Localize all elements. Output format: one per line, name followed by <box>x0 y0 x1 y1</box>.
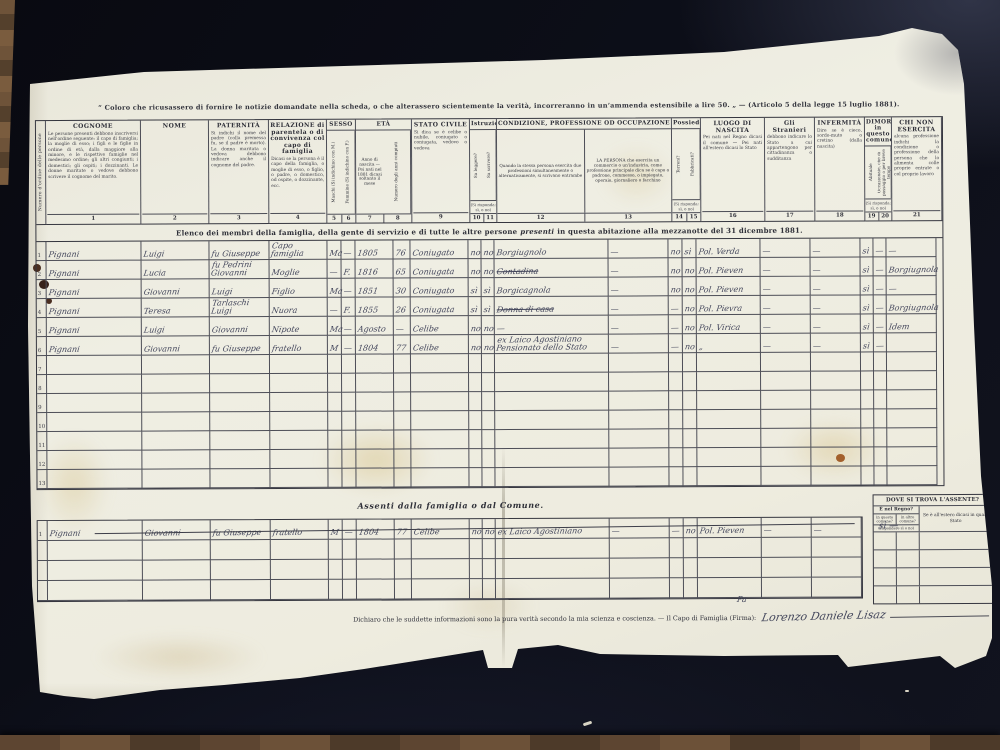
handwritten-entry: sì <box>481 306 491 314</box>
table-cell <box>143 560 211 580</box>
table-cell <box>482 468 495 487</box>
handwritten-entry: — <box>810 343 821 351</box>
table-cell <box>887 466 937 485</box>
table-cell: no <box>469 335 482 354</box>
table-cell <box>38 541 48 561</box>
wood-table-edge-bottom <box>0 735 1000 750</box>
table-cell: no <box>683 277 697 296</box>
table-cell <box>697 372 761 391</box>
handwritten-entry: Pignani <box>47 530 81 538</box>
table-cell <box>683 391 697 410</box>
table-cell: sì <box>861 314 874 333</box>
handwritten-entry: no <box>682 286 695 294</box>
handwritten-entry: — <box>760 286 771 294</box>
handwritten-entry: 77 <box>393 344 406 352</box>
table-cell: Giovanni <box>142 279 210 298</box>
handwritten-entry: no <box>682 267 695 275</box>
table-cell <box>761 391 811 410</box>
table-cell: Pol. Verda <box>696 239 760 258</box>
table-cell <box>683 448 697 467</box>
handwritten-entry: sì <box>481 287 491 295</box>
table-cell: no <box>469 316 482 335</box>
column-header: STATO CIVILESi dica se è celibe o nubile… <box>412 119 470 223</box>
table-cell: „ <box>697 334 761 353</box>
handwritten-entry: sì <box>860 323 870 331</box>
table-cell <box>861 352 874 371</box>
table-cell <box>412 539 470 559</box>
table-cell: 7 <box>37 356 47 375</box>
table-cell: — <box>495 316 609 335</box>
table-cell: — <box>762 518 812 538</box>
table-cell <box>328 431 342 450</box>
table-cell: Pol. Pieven <box>698 518 762 538</box>
handwritten-entry: no <box>482 528 495 536</box>
table-cell <box>811 352 861 371</box>
table-cell: 12 <box>37 451 47 470</box>
table-cell: sì <box>682 239 696 258</box>
table-cell <box>861 428 874 447</box>
table-cell <box>812 537 862 557</box>
table-cell: — <box>761 277 811 296</box>
handwritten-entry: 76 <box>393 249 406 257</box>
table-cell: Pignani <box>47 299 142 318</box>
dust-speck <box>905 690 909 692</box>
row-number: 6 <box>37 349 42 354</box>
table-cell <box>329 560 343 580</box>
handwritten-entry: — <box>810 324 821 332</box>
table-cell <box>469 449 482 468</box>
handwritten-entry: — <box>810 286 821 294</box>
table-cell: 1816 <box>356 260 394 279</box>
handwritten-entry: Coniugato <box>410 287 455 295</box>
table-cell: 11 <box>37 432 47 451</box>
table-cell <box>684 558 698 578</box>
table-cell <box>271 540 329 560</box>
table-cell <box>142 393 210 412</box>
table-cell <box>874 428 887 447</box>
table-cell: — <box>609 277 669 296</box>
table-cell <box>343 580 357 600</box>
row-number: 1 <box>36 254 41 259</box>
table-cell: no <box>669 258 683 277</box>
table-cell <box>609 467 669 486</box>
table-cell <box>874 409 887 428</box>
table-cell <box>412 579 470 599</box>
table-cell <box>762 538 812 558</box>
table-cell: — <box>328 260 342 279</box>
handwritten-entry: Pol. Virica <box>696 324 741 332</box>
table-cell: — <box>811 314 861 333</box>
table-cell <box>684 578 698 598</box>
table-cell: Pignani <box>48 521 143 541</box>
table-cell: no <box>684 518 698 538</box>
table-cell: 65 <box>394 259 411 278</box>
table-cell <box>483 579 496 599</box>
handwritten-entry: no <box>668 248 681 256</box>
handwritten-entry: no <box>481 344 494 352</box>
table-cell <box>328 469 342 488</box>
table-cell <box>609 391 669 410</box>
table-cell <box>342 412 356 431</box>
table-cell: Borgiugnolo <box>494 240 608 259</box>
row-number: 5 <box>37 330 42 335</box>
column-header: RELAZIONE di parentela o di convivenza c… <box>269 120 327 224</box>
table-cell <box>394 430 411 449</box>
table-cell: no <box>482 316 495 335</box>
table-cell <box>38 581 48 601</box>
table-cell <box>356 393 394 412</box>
handwritten-entry: no <box>682 343 695 351</box>
table-cell <box>610 538 670 558</box>
column-header: Numero d'ordine delle persone <box>36 121 46 225</box>
handwritten-entry: no <box>468 268 481 276</box>
table-cell <box>342 431 356 450</box>
table-cell <box>683 429 697 448</box>
table-cell <box>210 393 270 412</box>
handwritten-entry: — <box>668 343 679 351</box>
handwritten-entry: Capo famiglia <box>268 242 327 258</box>
table-cell <box>697 448 761 467</box>
column-header: PATERNITÀSi indichi il nome del padre (c… <box>209 120 269 224</box>
row-number: 11 <box>37 444 45 449</box>
table-cell: Pignani <box>47 280 142 299</box>
handwritten-entry: Celibe <box>410 325 439 333</box>
main-census-table: Numero d'ordine delle personeCOGNOMELe p… <box>35 116 945 490</box>
handwritten-entry: — <box>608 267 619 275</box>
table-cell: 13 <box>37 470 47 489</box>
handwritten-entry: fratello <box>269 345 302 353</box>
table-cell: — <box>873 238 886 257</box>
table-cell: Idem <box>887 314 937 333</box>
table-cell: — <box>761 296 811 315</box>
handwritten-entry: 1805 <box>355 249 378 257</box>
column-header: COGNOMELe persone presenti debbono inscr… <box>46 121 141 225</box>
table-cell: Ma <box>328 317 342 336</box>
table-cell <box>761 429 811 448</box>
handwritten-entry: — <box>886 285 897 293</box>
handwritten-entry: F. <box>341 307 351 315</box>
table-cell: sì <box>861 276 874 295</box>
table-cell: Teresa <box>142 298 210 317</box>
row-number: 3 <box>37 292 42 297</box>
table-cell: Pol. Pievra <box>697 296 761 315</box>
table-cell <box>356 355 394 374</box>
table-cell <box>328 374 342 393</box>
table-cell: — <box>669 296 683 315</box>
handwritten-entry: Donna di casa <box>494 305 554 313</box>
table-cell <box>495 373 609 392</box>
table-cell <box>411 449 469 468</box>
table-cell <box>684 538 698 558</box>
table-cell: sì <box>469 297 482 316</box>
table-cell <box>887 409 937 428</box>
table-row: 13 <box>37 466 943 489</box>
table-cell: sì <box>861 295 874 314</box>
table-cell: 77 <box>394 335 411 354</box>
table-cell <box>669 467 683 486</box>
table-cell: Pignani <box>47 337 142 356</box>
table-cell: sì <box>469 278 482 297</box>
column-group-header: DIMORA in questo comuneAbitualeOccasiona… <box>865 117 892 221</box>
table-cell <box>47 470 142 489</box>
table-cell: sì <box>482 278 495 297</box>
handwritten-entry: Pignani <box>46 346 80 354</box>
table-cell: sì <box>861 333 874 352</box>
table-cell: 10 <box>37 413 47 432</box>
table-cell <box>47 375 142 394</box>
table-cell: no <box>683 334 697 353</box>
table-cell <box>482 411 495 430</box>
handwritten-entry: — <box>341 326 352 334</box>
handwritten-entry: Pol. Pieven <box>697 527 745 535</box>
table-cell <box>887 390 937 409</box>
table-cell <box>761 448 811 467</box>
handwritten-entry: sì <box>860 342 870 350</box>
table-cell: fratello <box>270 336 328 355</box>
table-cell: Contadina <box>495 259 609 278</box>
table-cell: Coniugato <box>411 278 469 297</box>
handwritten-entry: 1804 <box>355 344 378 352</box>
handwritten-entry: sì <box>860 247 870 255</box>
table-cell <box>142 450 210 469</box>
handwritten-entry: 26 <box>393 306 406 314</box>
table-cell <box>329 540 343 560</box>
handwritten-entry: Borgiugnola <box>886 266 939 274</box>
table-cell <box>211 580 271 600</box>
table-cell <box>683 353 697 372</box>
table-cell <box>762 578 812 598</box>
table-cell <box>761 353 811 372</box>
handwritten-entry: Coniugata <box>410 306 455 314</box>
table-cell: 9 <box>37 394 47 413</box>
table-cell <box>210 412 270 431</box>
table-cell <box>609 448 669 467</box>
column-header: LUOGO DI NASCITAPei nati nel Regno dicas… <box>701 118 765 222</box>
declaration-text: Dichiaro che le suddette informazioni so… <box>353 614 756 624</box>
handwritten-entry: 65 <box>393 268 406 276</box>
table-cell: — <box>874 257 887 276</box>
handwritten-entry: no <box>682 324 695 332</box>
table-cell <box>270 374 328 393</box>
table-cell <box>328 412 342 431</box>
table-cell <box>495 430 609 449</box>
table-cell <box>670 558 684 578</box>
table-cell <box>411 468 469 487</box>
table-cell <box>394 468 411 487</box>
handwritten-entry: Borgiugnolo <box>494 249 547 257</box>
handwritten-entry: Figlio <box>269 288 295 296</box>
table-cell: Coniugato <box>410 240 468 259</box>
table-cell <box>812 557 862 577</box>
table-cell: — <box>811 295 861 314</box>
table-cell <box>48 541 143 561</box>
table-cell: — <box>394 316 411 335</box>
handwritten-entry: — <box>760 267 771 275</box>
table-cell <box>469 468 482 487</box>
ink-spot <box>974 266 982 273</box>
handwritten-entry: — <box>608 343 619 351</box>
handwritten-entry: Coniugato <box>410 249 455 257</box>
table-cell <box>861 409 874 428</box>
table-cell <box>669 353 683 372</box>
table-cell <box>142 431 210 450</box>
handwritten-entry: 30 <box>393 287 406 295</box>
handwritten-entry: — <box>341 345 352 353</box>
table-cell <box>343 540 357 560</box>
table-cell <box>811 428 861 447</box>
table-cell <box>142 374 210 393</box>
table-cell <box>469 430 482 449</box>
handwritten-entry: — <box>327 307 338 315</box>
handwritten-entry: — <box>494 325 505 333</box>
handwritten-entry: — <box>327 269 338 277</box>
handwritten-entry: Celibe <box>410 344 439 352</box>
table-cell: no <box>683 296 697 315</box>
table-cell: fu Giuseppe <box>210 336 270 355</box>
column-header: CHI NON ESERCITAalcuna professione indic… <box>892 117 942 221</box>
table-cell: fu Pedrini Giovanni <box>210 260 270 279</box>
handwritten-entry: Pol. Pieven <box>696 286 744 294</box>
table-cell <box>698 538 762 558</box>
dove-si-trova-box: DOVE SI TROVA L'ASSENTE? È nel Regno? in… <box>873 494 993 605</box>
table-cell: Pol. Pieven <box>697 258 761 277</box>
table-cell <box>142 412 210 431</box>
handwritten-entry: Contadina <box>494 268 539 276</box>
handwritten-entry: — <box>810 248 821 256</box>
handwritten-entry: sì <box>468 287 478 295</box>
table-cell <box>697 429 761 448</box>
dust-speck <box>583 721 592 727</box>
table-cell <box>697 467 761 486</box>
table-cell <box>874 371 887 390</box>
table-cell <box>411 392 469 411</box>
handwritten-entry: — <box>393 325 404 333</box>
table-cell: Coniugata <box>411 297 469 316</box>
handwritten-entry: — <box>873 285 884 293</box>
table-cell: 1804 <box>356 336 394 355</box>
table-cell <box>394 411 411 430</box>
handwritten-entry: sì <box>860 266 870 274</box>
table-cell: M <box>328 336 342 355</box>
table-cell <box>328 355 342 374</box>
table-cell <box>669 410 683 429</box>
table-cell: F. <box>342 260 356 279</box>
table-cell: — <box>669 315 683 334</box>
table-cell <box>357 560 395 580</box>
handwritten-entry: „ <box>696 343 703 351</box>
table-cell <box>761 372 811 391</box>
handwritten-entry: M <box>327 345 338 353</box>
table-cell <box>271 560 329 580</box>
table-cell <box>412 559 470 579</box>
table-cell <box>342 469 356 488</box>
table-cell <box>496 559 610 579</box>
handwritten-entry: no <box>468 249 481 257</box>
table-cell <box>669 372 683 391</box>
handwritten-entry: no <box>481 249 494 257</box>
table-cell <box>357 580 395 600</box>
table-cell <box>469 354 482 373</box>
handwritten-entry: fu Giuseppe <box>209 250 261 258</box>
table-cell <box>811 409 861 428</box>
table-cell: Celibe <box>411 316 469 335</box>
table-cell: Pol. Pieven <box>697 277 761 296</box>
column-header: NOME2 <box>141 120 209 224</box>
table-cell <box>495 392 609 411</box>
table-cell: — <box>760 239 810 258</box>
table-cell: no <box>482 259 495 278</box>
table-cell: — <box>610 518 670 538</box>
table-cell: — <box>609 296 669 315</box>
table-cell <box>761 410 811 429</box>
table-cell <box>683 372 697 391</box>
handwritten-entry: — <box>873 304 884 312</box>
table-cell <box>609 410 669 429</box>
table-cell: Giovanni <box>142 336 210 355</box>
table-cell: fu Giuseppe <box>209 241 269 260</box>
table-cell <box>495 411 609 430</box>
table-cell <box>887 447 937 466</box>
table-cell <box>143 540 211 560</box>
handwritten-entry: Idem <box>886 323 910 331</box>
handwritten-entry: — <box>669 527 680 535</box>
table-cell: — <box>609 315 669 334</box>
handwritten-entry: Luigi <box>209 288 233 296</box>
table-cell <box>469 392 482 411</box>
census-form: “ Coloro che ricusassero di fornire le n… <box>23 24 998 712</box>
table-cell: — <box>342 336 356 355</box>
table-cell <box>483 559 496 579</box>
table-cell: Figlio <box>270 279 328 298</box>
handwritten-entry: no <box>668 286 681 294</box>
table-cell <box>394 392 411 411</box>
handwritten-entry: 1851 <box>355 287 378 295</box>
handwritten-entry: Pol. Pievra <box>696 305 742 313</box>
handwritten-entry: — <box>760 324 771 332</box>
table-cell: — <box>761 258 811 277</box>
table-cell <box>395 559 412 579</box>
handwritten-entry: — <box>873 266 884 274</box>
table-cell <box>861 466 874 485</box>
dove-box-title: DOVE SI TROVA L'ASSENTE? <box>874 495 992 507</box>
table-cell: — <box>609 258 669 277</box>
handwritten-entry: Agosto <box>355 325 386 333</box>
table-cell <box>610 558 670 578</box>
table-cell <box>670 578 684 598</box>
table-cell <box>811 466 861 485</box>
table-cell: Borgiugnola <box>887 295 937 314</box>
table-cell <box>210 431 270 450</box>
signature-underline <box>890 615 989 617</box>
table-cell <box>887 352 937 371</box>
table-cell: — <box>669 334 683 353</box>
table-cell <box>270 450 328 469</box>
handwritten-entry: no <box>468 344 481 352</box>
table-cell <box>328 450 342 469</box>
handwritten-entry: — <box>341 288 352 296</box>
table-cell <box>357 540 395 560</box>
table-cell <box>670 538 684 558</box>
table-cell: Pignani <box>46 242 141 261</box>
regno-header: È nel Regno? <box>874 506 919 514</box>
handwritten-entry: Lucia <box>141 269 166 277</box>
handwritten-entry: Giovanni <box>141 345 180 353</box>
column-header: INFERMITÀDire se è cieco, sordo-muto o c… <box>815 117 865 221</box>
handwritten-entry: — <box>873 323 884 331</box>
handwritten-entry: — <box>608 305 619 313</box>
table-cell: no <box>468 240 481 259</box>
table-cell <box>610 578 670 598</box>
